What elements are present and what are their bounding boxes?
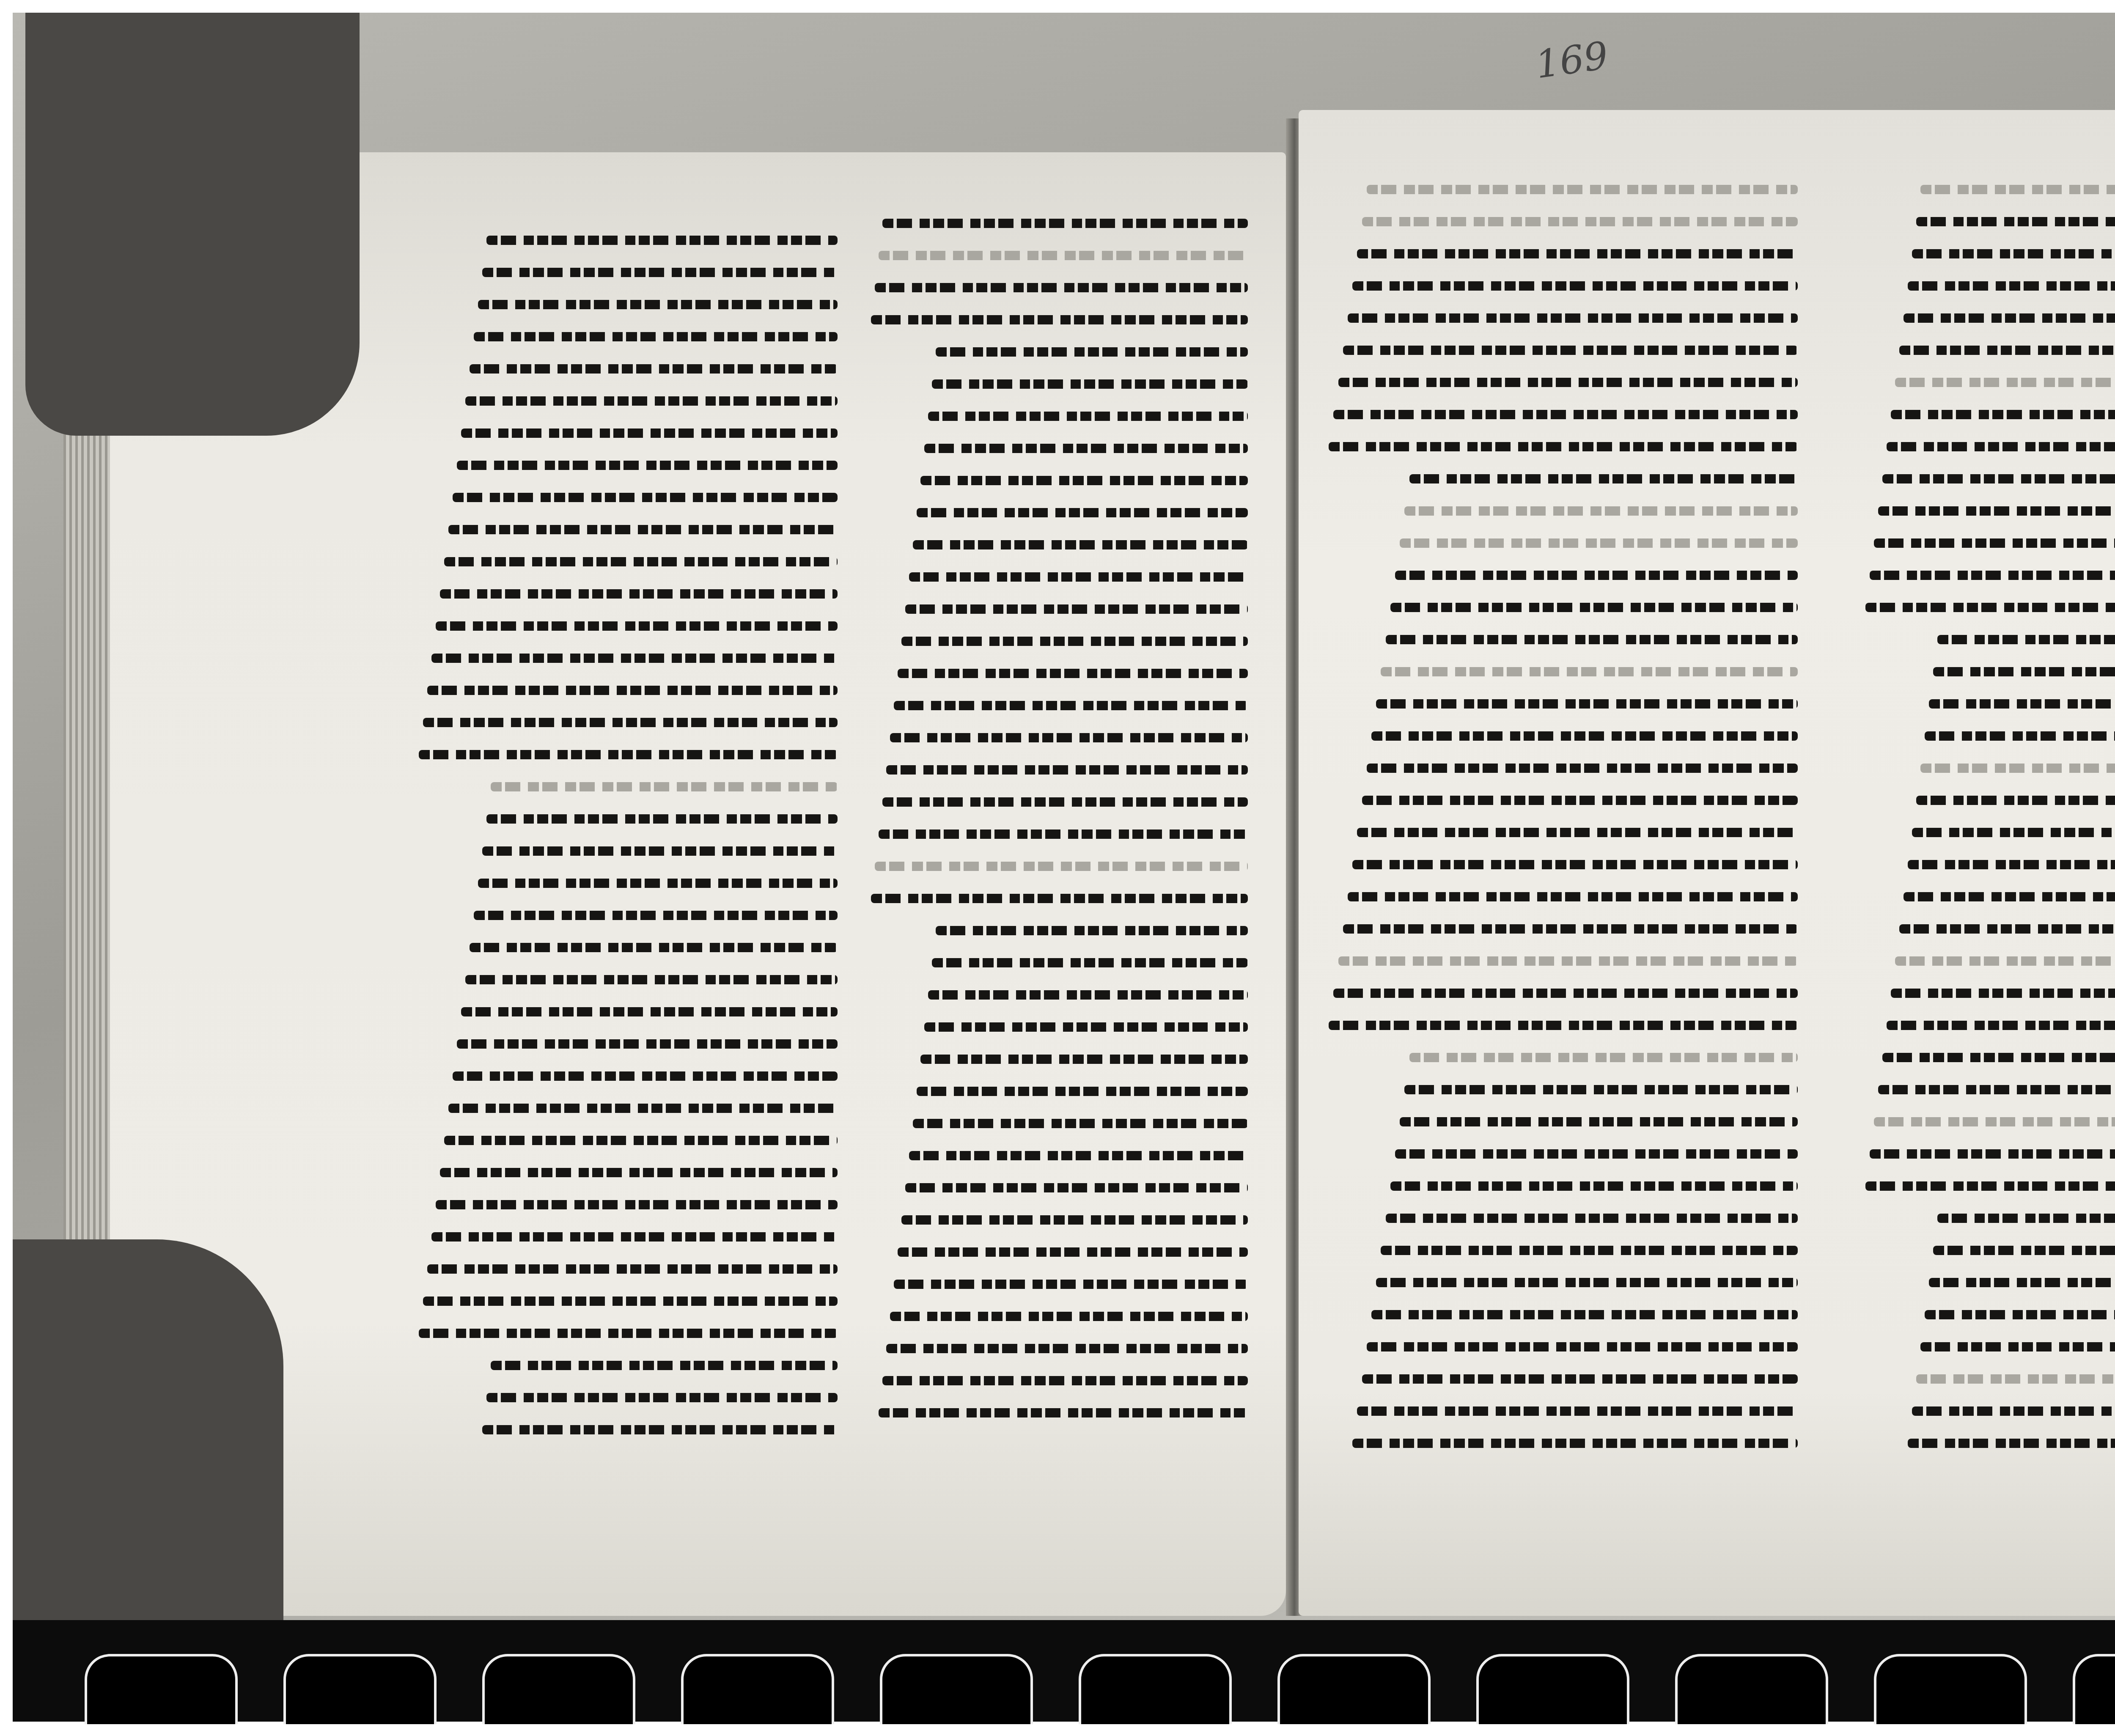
manuscript-line [867,529,1248,561]
manuscript-line [867,818,1248,850]
script-ink [1348,313,1798,323]
manuscript-line [1861,463,2115,495]
manuscript-line [1861,206,2115,238]
manuscript-line [415,1189,838,1221]
manuscript-line [1861,624,2115,656]
manuscript-line [415,1156,838,1189]
script-ink [1908,860,2115,869]
manuscript-line [415,1060,838,1092]
manuscript-line [1324,881,1798,913]
manuscript-line [415,1382,838,1414]
manuscript-line [415,771,838,803]
manuscript-line [1324,656,1798,688]
manuscript-line [1324,1427,1798,1459]
script-ink [1329,442,1798,451]
manuscript-line [1324,1331,1798,1363]
script-ink [1903,892,2115,901]
script-ink [882,219,1248,228]
manuscript-line [1324,1266,1798,1299]
script-ink [886,765,1248,775]
script-ink [482,846,838,856]
manuscript-line [415,610,838,642]
manuscript-line [1861,1074,2115,1106]
script-ink [1912,1406,2115,1416]
script-ink [1362,796,1798,805]
manuscript-line [415,546,838,578]
script-ink [1916,1374,2115,1384]
script-ink [1338,956,1798,966]
manuscript-line [1861,527,2115,559]
manuscript-line [1861,1170,2115,1202]
script-ink [924,444,1248,453]
script-ink [1352,281,1798,291]
manuscript-line [867,272,1248,304]
script-ink [913,540,1248,549]
script-ink [909,572,1248,582]
manuscript-line [1861,302,2115,334]
script-ink [1870,1149,2115,1159]
manuscript-line [867,882,1248,915]
right-page [1299,110,2115,1616]
manuscript-line [415,578,838,610]
script-ink [1409,1053,1798,1062]
script-ink [1343,346,1798,355]
sprocket-hole [85,1654,238,1724]
script-ink [440,589,838,599]
sprocket-hole [1079,1654,1232,1724]
script-ink [1878,1085,2115,1094]
manuscript-line [867,432,1248,464]
script-ink [875,862,1248,871]
manuscript-line [1324,206,1798,238]
script-ink [1874,538,2115,548]
script-ink [1925,731,2115,741]
script-ink [1920,185,2115,194]
script-ink [1348,892,1798,901]
manuscript-line [1324,752,1798,784]
script-ink [419,1329,838,1338]
script-ink [932,958,1248,967]
manuscript-line [415,1414,838,1446]
script-ink [448,525,838,534]
script-ink [1352,860,1798,869]
manuscript-line [867,625,1248,657]
script-ink [1376,1278,1798,1287]
manuscript-line [415,899,838,931]
script-ink [1381,667,1798,676]
script-ink [431,654,838,663]
manuscript-line [1324,1234,1798,1266]
manuscript-line [867,1236,1248,1268]
script-ink [1865,603,2115,612]
script-ink [440,1168,838,1177]
script-ink [890,733,1248,742]
manuscript-line [867,1365,1248,1397]
script-ink [936,347,1248,357]
script-ink [1908,1439,2115,1448]
script-ink [444,557,838,566]
script-ink [1878,506,2115,516]
script-ink [1882,474,2115,483]
manuscript-line [1324,527,1798,559]
manuscript-line [1861,1395,2115,1427]
script-ink [905,1183,1248,1192]
script-ink [913,1119,1248,1128]
left-page-inner-column [867,207,1248,1429]
manuscript-line [1861,977,2115,1009]
script-ink [1338,378,1798,387]
manuscript-line [1324,495,1798,527]
hand-bottom-left [13,1239,283,1620]
manuscript-line [1324,302,1798,334]
manuscript-line [1861,1138,2115,1170]
manuscript-line [1861,1266,2115,1299]
manuscript-line [415,1317,838,1349]
script-ink [898,1247,1248,1257]
script-ink [1865,1181,2115,1191]
script-ink [905,604,1248,614]
script-ink [882,797,1248,807]
manuscript-line [1324,559,1798,591]
manuscript-line [867,657,1248,689]
script-ink [1908,281,2115,291]
right-page-inner-column [1324,173,1798,1459]
script-ink [457,1039,838,1049]
manuscript-line [867,786,1248,818]
manuscript-line [1324,1299,1798,1331]
script-ink [917,508,1248,517]
script-ink [1367,764,1798,773]
manuscript-line [415,996,838,1028]
manuscript-line [1861,816,2115,849]
manuscript-line [1324,1363,1798,1395]
script-ink [1899,346,2115,355]
script-ink [1357,249,1798,258]
script-ink [1899,924,2115,934]
manuscript-line [1861,334,2115,366]
manuscript-line [867,1204,1248,1236]
manuscript-line [1324,398,1798,431]
script-ink [1874,1117,2115,1126]
script-ink [1362,1374,1798,1384]
manuscript-line [867,593,1248,625]
manuscript-line [867,239,1248,272]
script-ink [465,975,838,984]
manuscript-line [415,321,838,353]
script-ink [875,283,1248,292]
script-ink [879,830,1248,839]
script-ink [1887,1021,2115,1030]
manuscript-line [1861,431,2115,463]
script-ink [431,1232,838,1242]
manuscript-line [415,417,838,449]
manuscript-line [1324,720,1798,752]
manuscript-line [867,1300,1248,1332]
script-ink [1333,989,1798,998]
sprocket-hole [1874,1654,2027,1724]
script-ink [1912,828,2115,837]
manuscript-line [1861,366,2115,398]
script-ink [436,1200,838,1209]
manuscript-line [415,931,838,964]
script-ink [936,926,1248,935]
sprocket-hole [283,1654,437,1724]
script-ink [901,637,1248,646]
script-ink [453,1071,838,1081]
manuscript-line [415,256,838,288]
script-ink [924,1022,1248,1032]
script-ink [474,332,838,341]
script-ink [1395,1149,1798,1159]
manuscript-line [415,449,838,481]
script-ink [909,1151,1248,1160]
manuscript-line [867,368,1248,400]
manuscript-line [415,803,838,835]
manuscript-line [867,1043,1248,1075]
manuscript-line [1861,1331,2115,1363]
script-ink [1895,956,2115,966]
manuscript-line [1324,624,1798,656]
manuscript-line [867,336,1248,368]
manuscript-line [1861,945,2115,977]
script-ink [465,396,838,406]
script-ink [1404,506,1798,516]
filmstrip [13,1620,2115,1722]
script-ink [1882,1053,2115,1062]
script-ink [1409,474,1798,483]
script-ink [470,364,838,374]
manuscript-line [1861,270,2115,302]
manuscript-line [415,1124,838,1156]
script-ink [482,268,838,277]
manuscript-line [867,1075,1248,1107]
script-ink [1929,1278,2115,1287]
script-ink [461,1007,838,1016]
manuscript-line [1324,1074,1798,1106]
script-ink [932,379,1248,389]
script-ink [898,669,1248,678]
manuscript-line [415,642,838,674]
manuscript-line [867,1332,1248,1365]
script-ink [482,1425,838,1434]
script-ink [928,412,1248,421]
script-ink [1367,185,1798,194]
script-ink [1400,1117,1798,1126]
manuscript-line [867,1011,1248,1043]
script-ink [1395,571,1798,580]
script-ink [871,894,1248,903]
manuscript-line [867,947,1248,979]
manuscript-line [415,1285,838,1317]
manuscript-line [867,1140,1248,1172]
script-ink [894,701,1248,710]
manuscript-line [867,915,1248,947]
script-ink [1933,1246,2115,1255]
manuscript-line [867,850,1248,882]
script-ink [486,236,838,245]
script-ink [1357,1406,1798,1416]
manuscript-line [1324,1041,1798,1074]
manuscript-line [1861,688,2115,720]
manuscript-line [1861,881,2115,913]
manuscript-line [1861,495,2115,527]
script-ink [1376,699,1798,709]
script-ink [1891,410,2115,419]
manuscript-line [1861,398,2115,431]
script-ink [1920,1342,2115,1351]
left-page-outer-column [415,224,838,1446]
manuscript-line [1324,334,1798,366]
manuscript-line [1324,173,1798,206]
script-ink [427,686,838,695]
script-ink [491,1361,838,1370]
manuscript-line [1324,1202,1798,1234]
manuscript-line [415,706,838,739]
script-ink [1371,731,1798,741]
script-ink [1371,1310,1798,1319]
manuscript-line [415,1253,838,1285]
manuscript-line [1324,688,1798,720]
script-ink [436,621,838,631]
sprocket-hole [681,1654,834,1724]
manuscript-line [1324,1170,1798,1202]
script-ink [1367,1342,1798,1351]
script-ink [901,1215,1248,1225]
script-ink [1343,924,1798,934]
manuscript-line [1324,913,1798,945]
manuscript-line [867,400,1248,432]
right-page-outer-column [1861,173,2115,1459]
script-ink [1916,796,2115,805]
script-ink [486,1393,838,1402]
manuscript-line [867,304,1248,336]
script-ink [1352,1439,1798,1448]
script-ink [1870,571,2115,580]
manuscript-line [1861,173,2115,206]
sprocket-hole [482,1654,635,1724]
script-ink [1903,313,2115,323]
manuscript-line [1324,977,1798,1009]
manuscript-line [1861,849,2115,881]
script-ink [461,429,838,438]
manuscript-line [415,288,838,321]
script-ink [427,1264,838,1274]
script-ink [470,943,838,952]
manuscript-line [415,1221,838,1253]
manuscript-line [1324,270,1798,302]
script-ink [419,750,838,759]
script-ink [920,476,1248,485]
manuscript-line [1324,1009,1798,1041]
manuscript-line [1861,656,2115,688]
manuscript-line [1861,720,2115,752]
manuscript-line [1324,591,1798,624]
script-ink [917,1087,1248,1096]
script-ink [1937,635,2115,644]
manuscript-line [1324,1106,1798,1138]
script-ink [453,493,838,502]
script-ink [457,461,838,470]
hand-top-left [25,13,360,436]
script-ink [1895,378,2115,387]
script-ink [448,1104,838,1113]
script-ink [1333,410,1798,419]
script-ink [1912,249,2115,258]
manuscript-line [1861,591,2115,624]
script-ink [1920,764,2115,773]
manuscript-line [1324,816,1798,849]
manuscript-line [415,514,838,546]
script-ink [1400,538,1798,548]
script-ink [478,879,838,888]
manuscript-line [1324,463,1798,495]
script-ink [1404,1085,1798,1094]
manuscript-line [867,1397,1248,1429]
script-ink [423,1297,838,1306]
script-ink [1929,699,2115,709]
manuscript-line [867,497,1248,529]
manuscript-line [1324,1138,1798,1170]
manuscript-line [415,481,838,514]
script-ink [1390,1181,1798,1191]
manuscript-line [867,207,1248,239]
manuscript-line [415,385,838,417]
script-ink [1357,828,1798,837]
script-ink [1933,667,2115,676]
manuscript-line [1324,1395,1798,1427]
script-ink [882,1376,1248,1385]
script-ink [879,1408,1248,1417]
script-ink [1329,1021,1798,1030]
manuscript-line [415,964,838,996]
manuscript-line [415,674,838,706]
manuscript-line [867,1268,1248,1300]
script-ink [491,782,838,791]
script-ink [486,814,838,824]
script-ink [1916,217,2115,226]
manuscript-line [1861,1009,2115,1041]
manuscript-line [867,722,1248,754]
manuscript-line [1861,1427,2115,1459]
script-ink [890,1312,1248,1321]
manuscript-line [1861,238,2115,270]
manuscript-line [867,1107,1248,1140]
script-ink [1362,217,1798,226]
manuscript-line [1861,1234,2115,1266]
manuscript-line [867,561,1248,593]
script-ink [879,251,1248,260]
manuscript-line [1861,1363,2115,1395]
manuscript-line [867,464,1248,497]
sprocket-hole [1675,1654,1828,1724]
manuscript-line [1324,945,1798,977]
manuscript-line [1324,431,1798,463]
manuscript-line [415,1028,838,1060]
script-ink [478,300,838,309]
script-ink [928,990,1248,1000]
script-ink [444,1136,838,1145]
script-ink [1390,603,1798,612]
script-ink [894,1280,1248,1289]
manuscript-line [867,689,1248,722]
manuscript-line [1861,1041,2115,1074]
script-ink [1937,1214,2115,1223]
manuscript-line [867,1172,1248,1204]
manuscript-line [1861,1299,2115,1331]
manuscript-line [1324,366,1798,398]
script-ink [1925,1310,2115,1319]
sprocket-hole [1277,1654,1431,1724]
